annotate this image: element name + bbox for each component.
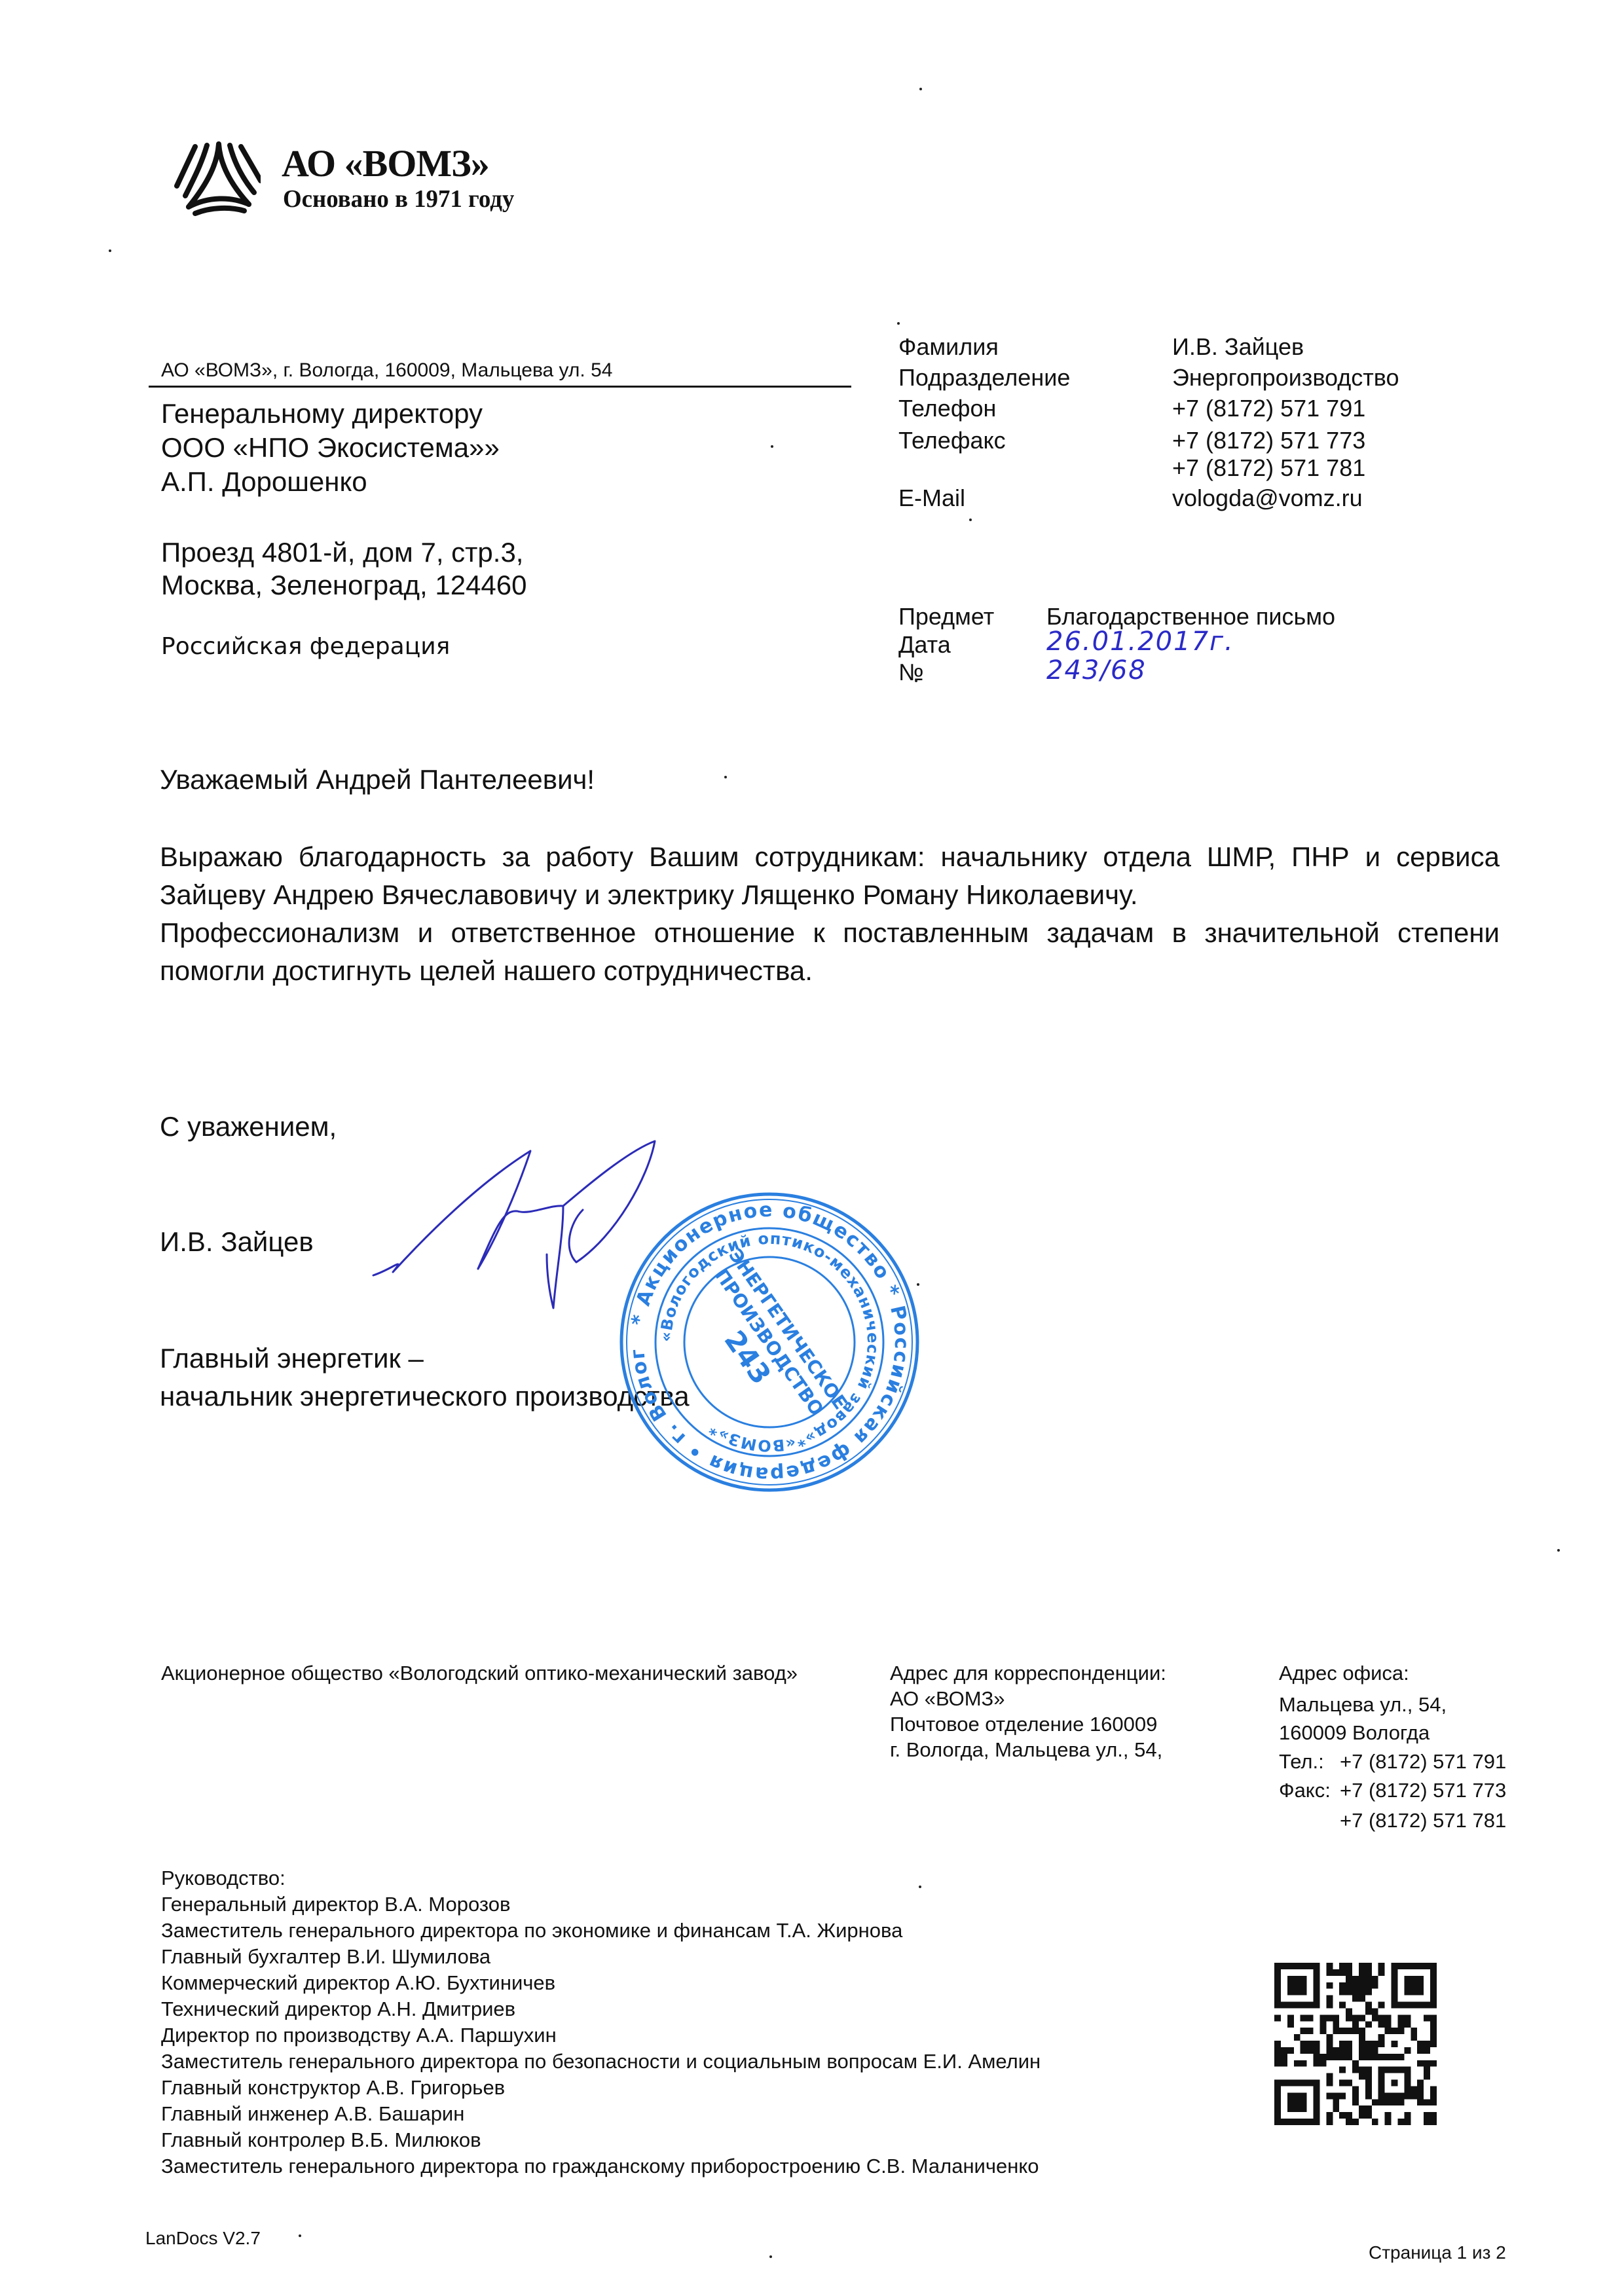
- contact-value: И.В. Зайцев: [1172, 333, 1304, 361]
- management-line: Главный бухгалтер В.И. Шумилова: [161, 1944, 490, 1970]
- scan-speck: [771, 445, 773, 448]
- signer-title: Главный энергетик –: [160, 1342, 424, 1375]
- contact-phone: +7 (8172) 571 791: [1172, 394, 1365, 423]
- contact-label: E-Mail: [898, 484, 965, 513]
- management-line: Заместитель генерального директора по бе…: [161, 2049, 1041, 2075]
- founded-tagline: Основано в 1971 году: [283, 185, 514, 213]
- correspondence-line: Почтовое отделение 160009: [890, 1711, 1157, 1738]
- body-paragraph: Профессионализм и ответственное отношени…: [160, 914, 1500, 990]
- management-line: Главный конструктор А.В. Григорьев: [161, 2075, 505, 2101]
- scan-speck: [1557, 1549, 1560, 1552]
- correspondence-title: Адрес для корреспонденции:: [890, 1660, 1166, 1686]
- management-line: Заместитель генерального директора по эк…: [161, 1918, 902, 1944]
- official-stamp: * Акционерное общество * Российская феде…: [616, 1188, 923, 1496]
- contact-email[interactable]: vologda@vomz.ru: [1172, 484, 1363, 513]
- recipient-address-line: Москва, Зеленоград, 124460: [161, 568, 527, 602]
- office-fax-label: Факс:: [1279, 1777, 1331, 1804]
- contact-fax: +7 (8172) 571 781: [1172, 454, 1365, 483]
- office-fax: +7 (8172) 571 781: [1340, 1808, 1506, 1834]
- vomz-logo-icon: [169, 134, 261, 219]
- scan-speck: [919, 1886, 921, 1888]
- recipient-name: А.П. Дорошенко: [161, 465, 367, 499]
- divider: [149, 386, 851, 388]
- management-line: Заместитель генерального директора по гр…: [161, 2153, 1039, 2179]
- body-paragraph: Выражаю благодарность за работу Вашим со…: [160, 838, 1500, 914]
- correspondence-line: г. Вологда, Мальцева ул., 54,: [890, 1737, 1162, 1763]
- office-tel: +7 (8172) 571 791: [1340, 1749, 1506, 1775]
- contact-value: Энергопроизводство: [1172, 363, 1399, 392]
- contact-label: Фамилия: [898, 333, 999, 361]
- recipient-company: ООО «НПО Экосистема»»: [161, 431, 500, 465]
- scan-speck: [897, 322, 900, 325]
- management-line: Главный контролер В.Б. Милюков: [161, 2127, 481, 2153]
- management-line: Технический директор А.Н. Дмитриев: [161, 1996, 515, 2022]
- software-label: LanDocs V2.7: [145, 2227, 261, 2250]
- scan-speck: [109, 249, 111, 252]
- scan-speck: [969, 519, 972, 521]
- qr-code-icon: [1274, 1963, 1437, 2125]
- closing: С уважением,: [160, 1110, 337, 1143]
- recipient-address-line: Проезд 4801-й, дом 7, стр.3,: [161, 536, 523, 570]
- contact-label: Телефон: [898, 394, 996, 423]
- scan-speck: [724, 776, 727, 778]
- correspondence-line: АО «ВОМЗ»: [890, 1686, 1005, 1712]
- office-line: Мальцева ул., 54,: [1279, 1692, 1447, 1718]
- office-title: Адрес офиса:: [1279, 1660, 1409, 1686]
- management-line: Генеральный директор В.А. Морозов: [161, 1891, 510, 1918]
- management-line: Коммерческий директор А.Ю. Бухтиничев: [161, 1970, 555, 1996]
- management-title: Руководство:: [161, 1865, 286, 1891]
- scan-speck: [917, 1283, 919, 1286]
- office-tel-label: Тел.:: [1279, 1749, 1324, 1775]
- contact-label: Подразделение: [898, 363, 1070, 392]
- footer-company-name: Акционерное общество «Вологодский оптико…: [161, 1660, 798, 1686]
- recipient-position: Генеральному директору: [161, 397, 483, 431]
- contact-label: Телефакс: [898, 426, 1006, 455]
- number-label: №: [898, 658, 924, 687]
- company-name: АО «ВОМЗ»: [282, 143, 489, 185]
- number-handwritten: 243/68: [1046, 656, 1147, 685]
- management-line: Директор по производству А.А. Паршухин: [161, 2022, 557, 2049]
- date-handwritten: 26.01.2017г.: [1046, 627, 1234, 656]
- letter-body: Выражаю благодарность за работу Вашим со…: [160, 838, 1500, 990]
- recipient-country: Российская федерация: [161, 632, 450, 661]
- management-line: Главный инженер А.В. Башарин: [161, 2101, 464, 2127]
- scan-speck: [919, 88, 922, 90]
- return-address: АО «ВОМЗ», г. Вологда, 160009, Мальцева …: [161, 359, 612, 382]
- office-fax: +7 (8172) 571 773: [1340, 1777, 1506, 1804]
- subject-label: Предмет: [898, 602, 994, 631]
- page-number: Страница 1 из 2: [1369, 2242, 1506, 2264]
- scan-speck: [769, 2255, 772, 2258]
- signer-name: И.В. Зайцев: [160, 1226, 314, 1258]
- salutation: Уважаемый Андрей Пантелеевич!: [160, 763, 595, 796]
- scan-speck: [915, 680, 917, 682]
- scan-speck: [299, 2234, 301, 2237]
- contact-fax: +7 (8172) 571 773: [1172, 426, 1365, 455]
- office-line: 160009 Вологда: [1279, 1720, 1430, 1746]
- date-label: Дата: [898, 630, 951, 659]
- signer-title: начальник энергетического производства: [160, 1380, 690, 1413]
